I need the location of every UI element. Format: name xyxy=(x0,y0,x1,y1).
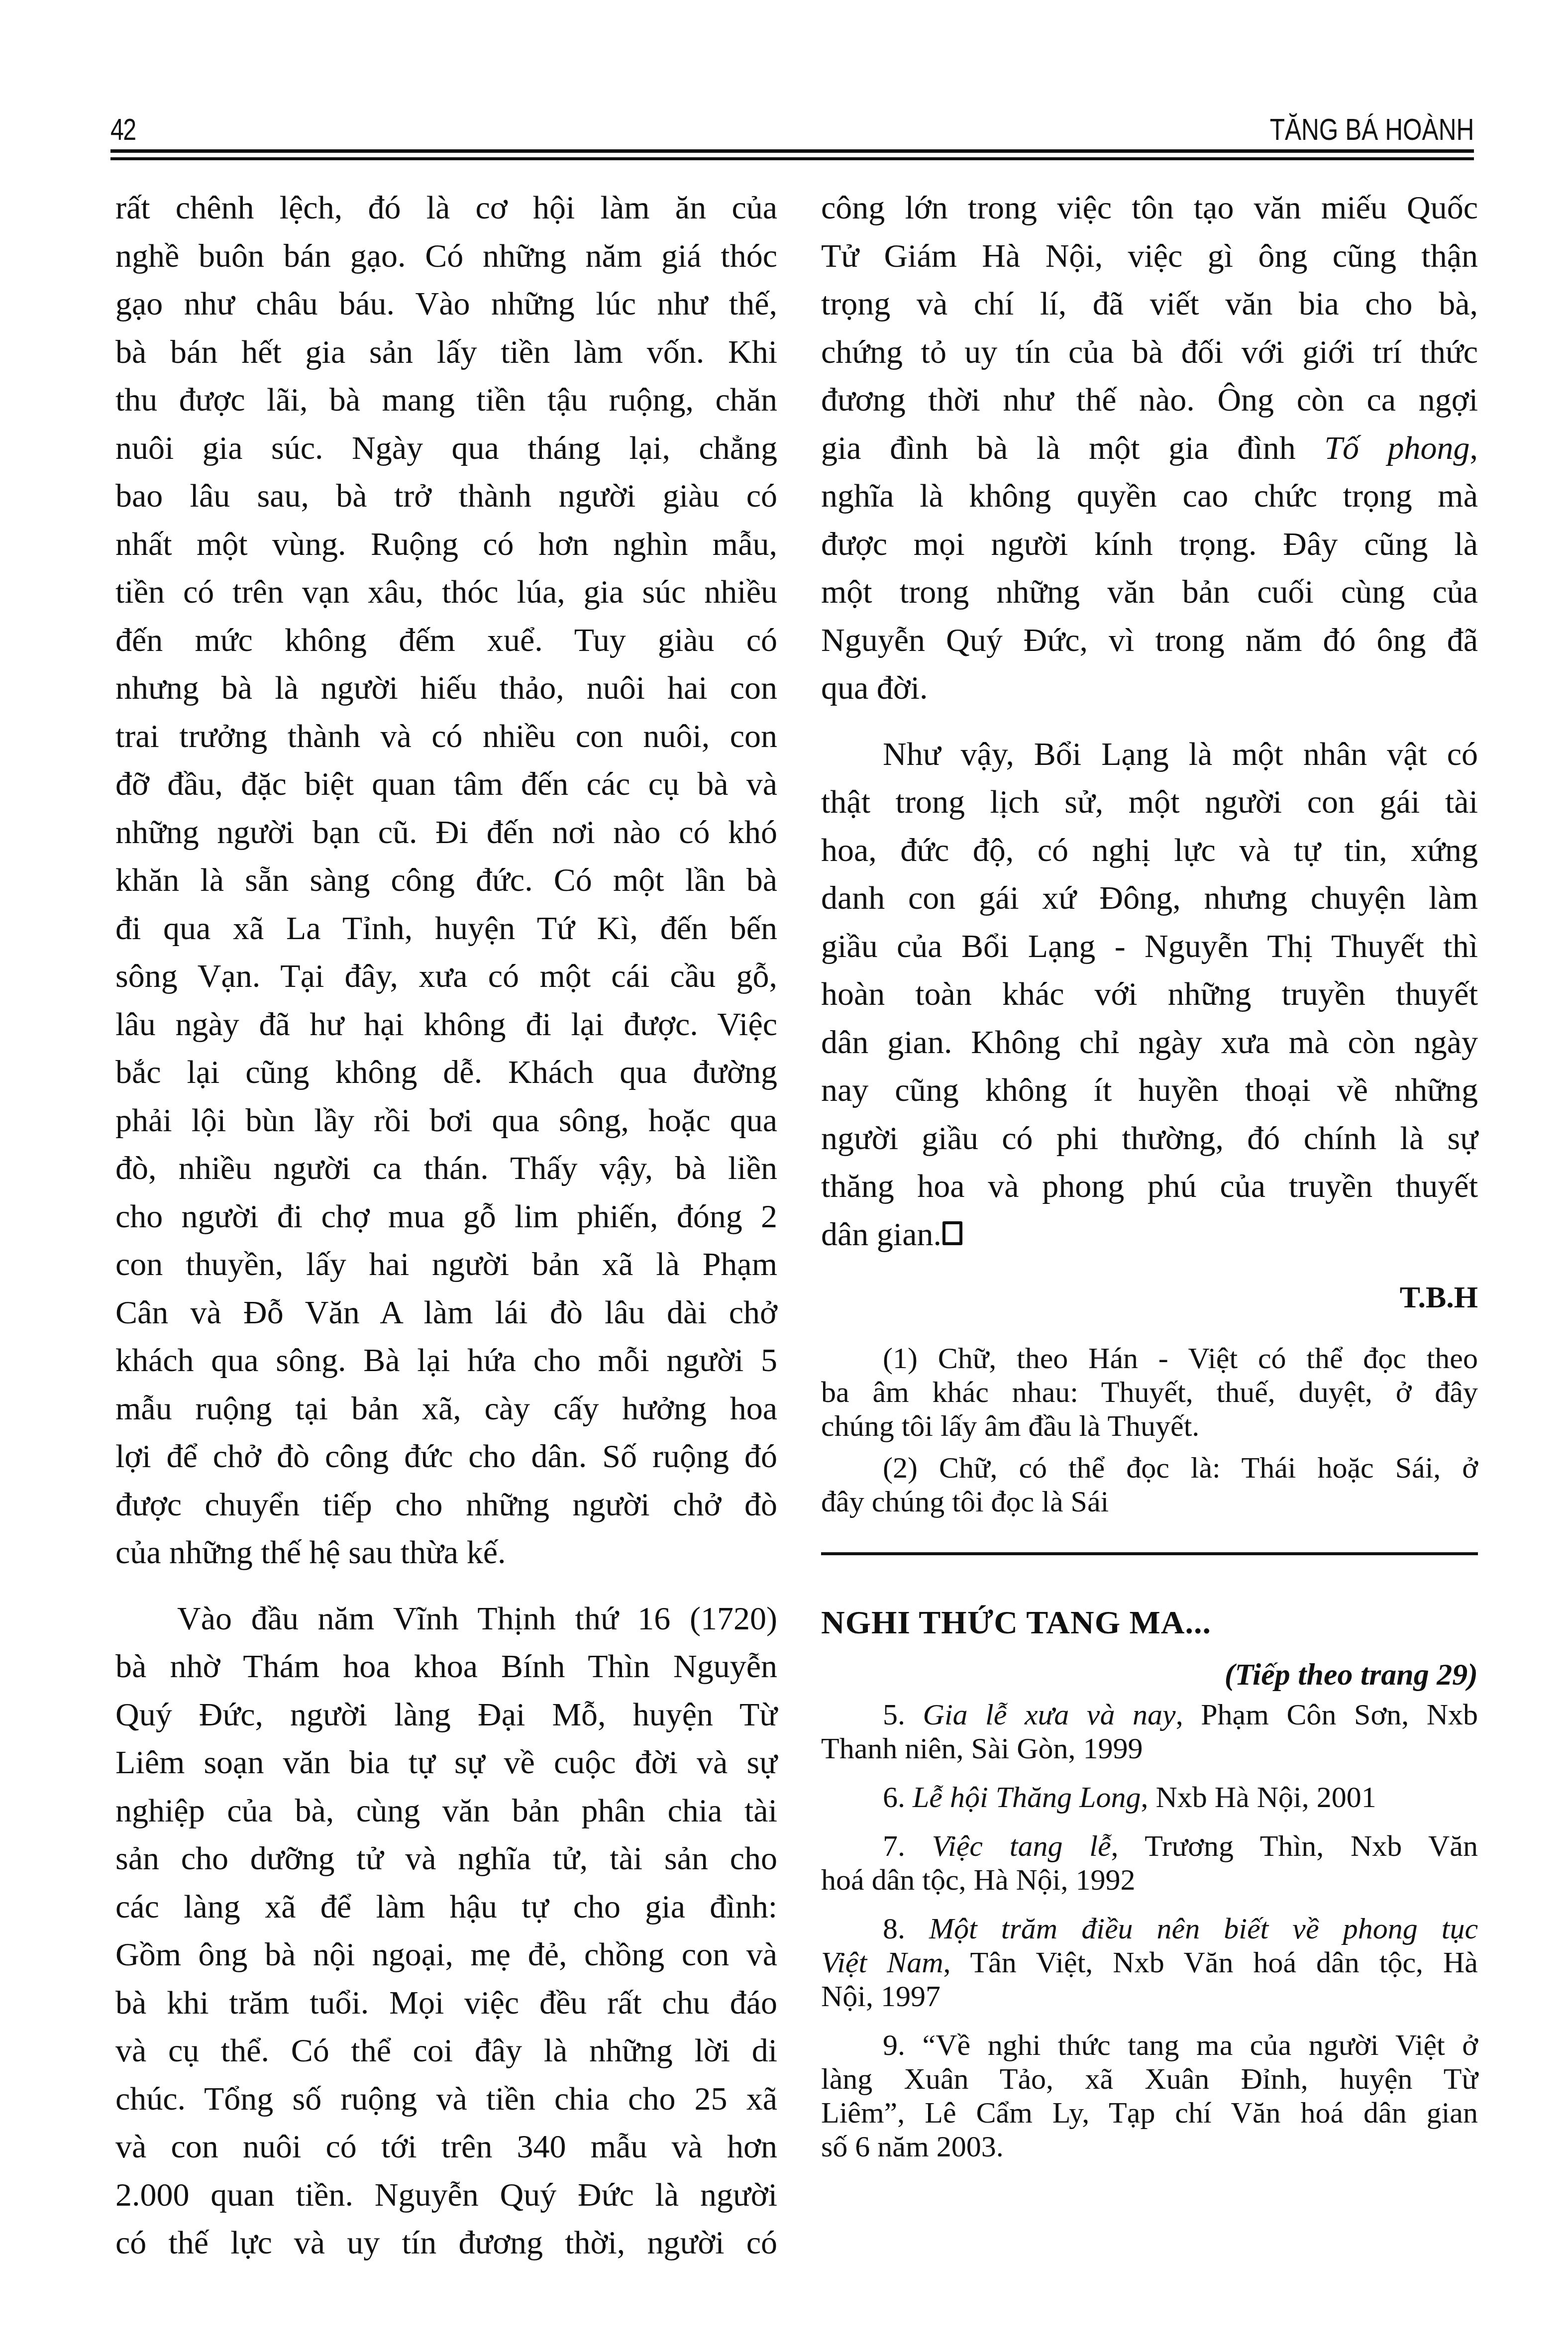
text-line: 2.000 quan tiền. Nguyễn Quý Đức là người xyxy=(115,2171,777,2220)
ref-details: , Tân Việt, Nxb Văn hoá dân tộc, Hà xyxy=(943,1946,1478,1979)
ref-number: 5. xyxy=(883,1698,923,1731)
text-line: Vào đầu năm Vĩnh Thịnh thứ 16 (1720) xyxy=(115,1595,777,1643)
running-head-author: TĂNG BÁ HOÀNH xyxy=(1269,112,1474,147)
header-double-rule xyxy=(110,149,1474,160)
reference-line: hoá dân tộc, Hà Nội, 1992 xyxy=(821,1863,1478,1897)
text-line: thăng hoa và phong phú của truyền thuyết xyxy=(821,1163,1478,1211)
ref-details: , Phạm Côn Sơn, Nxb xyxy=(1176,1698,1478,1731)
text-line: phải lội bùn lầy rồi bơi qua sông, hoặc … xyxy=(115,1097,777,1145)
text-line: Quý Đức, người làng Đại Mỗ, huyện Từ xyxy=(115,1691,777,1739)
text-line: nghĩa là không quyền cao chức trọng mà xyxy=(821,472,1478,521)
footnote-line: chúng tôi lấy âm đầu là Thuyết. xyxy=(821,1409,1478,1443)
text-line: và con nuôi có tới trên 340 mẫu và hơn xyxy=(115,2123,777,2171)
ref-title: Lễ hội Thăng Long xyxy=(913,1781,1141,1814)
text-fragment: gia đình bà là một gia đình xyxy=(821,430,1324,466)
text-line: và cụ thể. Có thể coi đây là những lời d… xyxy=(115,2027,777,2075)
text-line: đò, nhiều người ca thán. Thấy vậy, bà li… xyxy=(115,1145,777,1193)
text-line: bà nhờ Thám hoa khoa Bính Thìn Nguyễn xyxy=(115,1643,777,1691)
footnote-line: (2) Chữ, có thể đọc là: Thái hoặc Sái, ở xyxy=(821,1451,1478,1485)
end-of-article-square-icon xyxy=(942,1221,962,1245)
text-line: bà bán hết gia sản lấy tiền làm vốn. Khi xyxy=(115,328,777,377)
text-line: chứng tỏ uy tín của bà đối với giới trí … xyxy=(821,328,1478,377)
text-line: rất chênh lệch, đó là cơ hội làm ăn của xyxy=(115,184,777,232)
text-line: bà khi trăm tuổi. Mọi việc đều rất chu đ… xyxy=(115,1979,777,2028)
reference-line: làng Xuân Tảo, xã Xuân Đỉnh, huyện Từ xyxy=(821,2062,1478,2096)
reference-list: 5. Gia lễ xưa và nay, Phạm Côn Sơn, Nxb … xyxy=(821,1698,1478,2163)
text-line: bao lâu sau, bà trở thành người giàu có xyxy=(115,472,777,521)
text-line: sản cho dưỡng tử và nghĩa tử, tài sản ch… xyxy=(115,1835,777,1883)
text-line: hoa, đức độ, có nghị lực và tự tin, xứng xyxy=(821,827,1478,875)
text-line: lâu ngày đã hư hại không đi lại được. Vi… xyxy=(115,1001,777,1049)
reference-line: số 6 năm 2003. xyxy=(821,2130,1478,2163)
footnote-line: ba âm khác nhau: Thuyết, thuế, duyệt, ở … xyxy=(821,1375,1478,1409)
text-line: mẫu ruộng tại bản xã, cày cấy hưởng hoa xyxy=(115,1385,777,1433)
text-line: những người bạn cũ. Đi đến nơi nào có kh… xyxy=(115,809,777,857)
text-line: chúc. Tổng số ruộng và tiền chia cho 25 … xyxy=(115,2075,777,2124)
footnote-line: đây chúng tôi đọc là Sái xyxy=(821,1485,1478,1518)
text-line: dân gian. Không chỉ ngày xưa mà còn ngày xyxy=(821,1019,1478,1067)
text-line: Liêm soạn văn bia tự sự về cuộc đời và s… xyxy=(115,1739,777,1787)
left-paragraph-1: rất chênh lệch, đó là cơ hội làm ăn củan… xyxy=(115,184,777,1577)
ref-title: Việt Nam xyxy=(821,1946,943,1979)
footnote-gap xyxy=(821,1443,1478,1451)
reference-item-6: 6. Lễ hội Thăng Long, Nxb Hà Nội, 2001 xyxy=(821,1780,1478,1814)
reference-gap xyxy=(821,1765,1478,1780)
text-line: Như vậy, Bổi Lạng là một nhân vật có xyxy=(821,731,1478,779)
text-line: dân gian. xyxy=(821,1211,1478,1259)
text-line: Nguyễn Quý Đức, vì trong năm đó ông đã xyxy=(821,617,1478,665)
text-line: nhưng bà là người hiếu thảo, nuôi hai co… xyxy=(115,664,777,713)
text-line: gia đình bà là một gia đình Tố phong, xyxy=(821,425,1478,473)
text-line: giầu của Bổi Lạng - Nguyễn Thị Thuyết th… xyxy=(821,923,1478,971)
text-line: đương thời như thế nào. Ông còn ca ngợi xyxy=(821,376,1478,425)
text-line: qua đời. xyxy=(821,664,1478,713)
footnote-line: (1) Chữ, theo Hán - Việt có thể đọc theo xyxy=(821,1341,1478,1375)
text-line: tiền có trên vạn xâu, thóc lúa, gia súc … xyxy=(115,568,777,617)
footnotes: (1) Chữ, theo Hán - Việt có thể đọc theo… xyxy=(821,1341,1478,1518)
reference-item-8: 8. Một trăm điều nên biết về phong tục xyxy=(821,1912,1478,1945)
section-divider-rule xyxy=(821,1552,1478,1555)
paragraph-gap xyxy=(115,1577,777,1595)
left-column: rất chênh lệch, đó là cơ hội làm ăn củan… xyxy=(115,184,777,2267)
text-line: có thế lực và uy tín đương thời, người c… xyxy=(115,2219,777,2267)
text-line: Tử Giám Hà Nội, việc gì ông cũng thận xyxy=(821,232,1478,281)
text-line: trọng và chí lí, đã viết văn bia cho bà, xyxy=(821,280,1478,328)
text-line: của những thế hệ sau thừa kế. xyxy=(115,1529,777,1577)
reference-gap xyxy=(821,1814,1478,1829)
reference-line: Nội, 1997 xyxy=(821,1979,1478,2013)
reference-item-7: 7. Việc tang lễ, Trương Thìn, Nxb Văn xyxy=(821,1829,1478,1863)
ref-details: , Trương Thìn, Nxb Văn xyxy=(1111,1829,1478,1862)
text-fragment: dân gian. xyxy=(821,1216,941,1253)
text-line: nghề buôn bán gạo. Có những năm giá thóc xyxy=(115,232,777,281)
reference-item-5: 5. Gia lễ xưa và nay, Phạm Côn Sơn, Nxb xyxy=(821,1698,1478,1731)
right-paragraph-2: Như vậy, Bổi Lạng là một nhân vật có thậ… xyxy=(821,731,1478,1259)
text-fragment: , xyxy=(1470,430,1478,466)
ref-number: 6. xyxy=(883,1781,913,1814)
reference-line: Việt Nam, Tân Việt, Nxb Văn hoá dân tộc,… xyxy=(821,1945,1478,1979)
italic-term: Tố phong xyxy=(1324,430,1469,466)
right-column: công lớn trong việc tôn tạo văn miếu Quố… xyxy=(821,184,1478,2163)
ref-title: Gia lễ xưa và nay xyxy=(923,1698,1176,1731)
text-line: khách qua sông. Bà lại hứa cho mỗi người… xyxy=(115,1337,777,1385)
section-title: NGHI THỨC TANG MA... xyxy=(821,1603,1478,1643)
page-number: 42 xyxy=(110,112,136,147)
reference-gap xyxy=(821,2013,1478,2028)
text-line: nay cũng không ít huyền thoại về những xyxy=(821,1067,1478,1115)
text-line: sông Vạn. Tại đây, xưa có một cái cầu gỗ… xyxy=(115,953,777,1001)
text-line: người giầu có phi thường, đó chính là sự xyxy=(821,1115,1478,1163)
ref-details: , Nxb Hà Nội, 2001 xyxy=(1141,1781,1376,1814)
right-paragraph-1: công lớn trong việc tôn tạo văn miếu Quố… xyxy=(821,184,1478,713)
text-line: nhất một vùng. Ruộng có hơn nghìn mẫu, xyxy=(115,521,777,569)
text-line: gạo như châu báu. Vào những lúc như thế, xyxy=(115,280,777,328)
text-line: nghiệp của bà, cùng văn bản phân chia tà… xyxy=(115,1787,777,1835)
text-line: khăn là sẵn sàng công đức. Có một lần bà xyxy=(115,856,777,905)
continued-from-note: (Tiếp theo trang 29) xyxy=(821,1655,1478,1695)
text-line: một trong những văn bản cuối cùng của xyxy=(821,568,1478,617)
text-line: đến mức không đếm xuể. Tuy giàu có xyxy=(115,617,777,665)
ref-title: Việc tang lễ xyxy=(932,1829,1111,1862)
text-line: thu được lãi, bà mang tiền tậu ruộng, ch… xyxy=(115,376,777,425)
text-line: các làng xã để làm hậu tự cho gia đình: xyxy=(115,1883,777,1931)
document-page: 42 TĂNG BÁ HOÀNH rất chênh lệch, đó là c… xyxy=(0,0,1568,2352)
text-line: thật trong lịch sử, một người con gái tà… xyxy=(821,778,1478,827)
author-signature: T.B.H xyxy=(821,1274,1478,1321)
ref-title: Một trăm điều nên biết về phong tục xyxy=(929,1912,1478,1945)
text-line: công lớn trong việc tôn tạo văn miếu Quố… xyxy=(821,184,1478,232)
left-paragraph-2: Vào đầu năm Vĩnh Thịnh thứ 16 (1720)bà n… xyxy=(115,1595,777,2267)
reference-item-9: 9. “Về nghi thức tang ma của người Việt … xyxy=(821,2028,1478,2062)
text-line: đỡ đầu, đặc biệt quan tâm đến các cụ bà … xyxy=(115,760,777,809)
text-line: trai trưởng thành và có nhiều con nuôi, … xyxy=(115,713,777,761)
reference-line: Thanh niên, Sài Gòn, 1999 xyxy=(821,1731,1478,1765)
text-line: con thuyền, lấy hai người bản xã là Phạm xyxy=(115,1241,777,1289)
reference-line: Liêm”, Lê Cẩm Ly, Tạp chí Văn hoá dân gi… xyxy=(821,2096,1478,2130)
text-line: bắc lại cũng không dễ. Khách qua đường xyxy=(115,1049,777,1097)
text-line: được mọi người kính trọng. Đây cũng là xyxy=(821,521,1478,569)
text-line: nuôi gia súc. Ngày qua tháng lại, chẳng xyxy=(115,425,777,473)
text-line: đi qua xã La Tỉnh, huyện Tứ Kì, đến bến xyxy=(115,905,777,953)
text-line: được chuyển tiếp cho những người chở đò xyxy=(115,1481,777,1529)
ref-number: 7. xyxy=(883,1829,932,1862)
paragraph-gap xyxy=(821,713,1478,731)
ref-number: 8. xyxy=(883,1912,929,1945)
text-line: lợi để chở đò công đức cho dân. Số ruộng… xyxy=(115,1433,777,1481)
text-line: Gồm ông bà nội ngoại, mẹ đẻ, chồng con v… xyxy=(115,1931,777,1979)
text-line: danh con gái xứ Đông, nhưng chuyện làm xyxy=(821,874,1478,923)
reference-gap xyxy=(821,1897,1478,1912)
text-line: cho người đi chợ mua gỗ lim phiến, đóng … xyxy=(115,1193,777,1241)
text-line: hoàn toàn khác với những truyền thuyết xyxy=(821,970,1478,1019)
text-line: Cân và Đỗ Văn A làm lái đò lâu dài chở xyxy=(115,1289,777,1337)
